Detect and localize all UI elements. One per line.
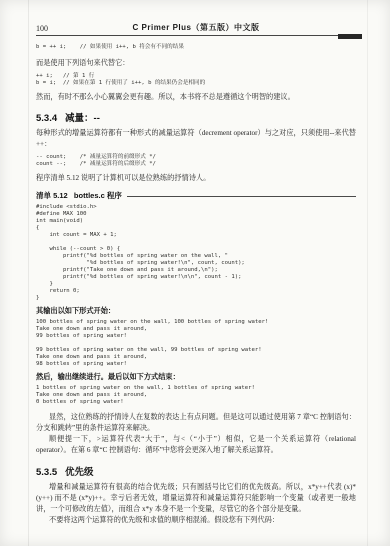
paragraph-replace: 而是使用下列语句来代替它：: [36, 58, 356, 69]
paragraph-confuse-warning: 不要将这两个运算符的优先级和求值的顺序相混淆。假设您有下列代码：: [36, 515, 356, 526]
code-snippet-decrement-forms: -- count; /* 减量运算符的前缀形式 */ count --; /* …: [36, 154, 356, 168]
paragraph-listing-intro: 程序清单 5.12 说明了计算机可以是位熟练的抒情诗人。: [36, 173, 356, 184]
header-title: C Primer Plus（第五版）中文版: [133, 22, 260, 33]
listing-caption: 清单 5.12 bottles.c 程序: [36, 190, 122, 201]
listing-caption-rule: [127, 196, 356, 197]
code-snippet-separate-lines: ++ i; // 第 1 行 b = i; // 如果在第 1 行使用了 i++…: [36, 73, 356, 87]
page-content: 100 C Primer Plus（第五版）中文版 b = ++ i; // 如…: [36, 22, 356, 526]
header-rule-endmark: [338, 34, 362, 39]
page-number: 100: [36, 24, 48, 33]
output-block-begin: 100 bottles of spring water on the wall,…: [36, 319, 356, 368]
output-block-end: 1 bottles of spring water on the wall, 1…: [36, 385, 356, 406]
listing-code-bottles: #include <stdio.h> #define MAX 100 int m…: [36, 204, 356, 302]
section-heading-535: 5.3.5 优先级: [36, 464, 356, 478]
paragraph-output-begin-lead: 其输出以如下形式开始：: [36, 306, 356, 317]
listing-caption-row: 清单 5.12 bottles.c 程序: [36, 190, 356, 201]
paragraph-output-end-lead: 然后，输出继续进行。最后以如下方式结束：: [36, 372, 356, 383]
paragraph-however: 然而，有时不那么小心翼翼会更有趣。所以，本书将不总是遵循这个明智的建议。: [36, 92, 356, 103]
book-page: 100 C Primer Plus（第五版）中文版 b = ++ i; // 如…: [0, 0, 390, 546]
section-heading-534: 5.3.4 减量：--: [36, 110, 356, 124]
code-snippet-assign: b = ++ i; // 如果使用 i++, b 将会有不同的结果: [36, 44, 356, 51]
paragraph-precedence: 增量和减量运算符有很高的结合优先级；只有圆括号比它们的优先级高。所以，x*y++…: [36, 482, 356, 515]
page-header: 100 C Primer Plus（第五版）中文版: [36, 22, 356, 36]
paragraph-plural-issue: 显然，这位熟练的抒情诗人在复数的表达上有点问题。但是这可以通过使用第 7 章“C…: [36, 412, 356, 434]
paragraph-relational-operator: 顺便提一下，>运算符代表“大于”，与<（“小于”）相似，它是一个关系运算符（re…: [36, 434, 356, 456]
paragraph-decrement-intro: 每种形式的增量运算符都有一种形式的减量运算符（decrement operato…: [36, 128, 356, 150]
